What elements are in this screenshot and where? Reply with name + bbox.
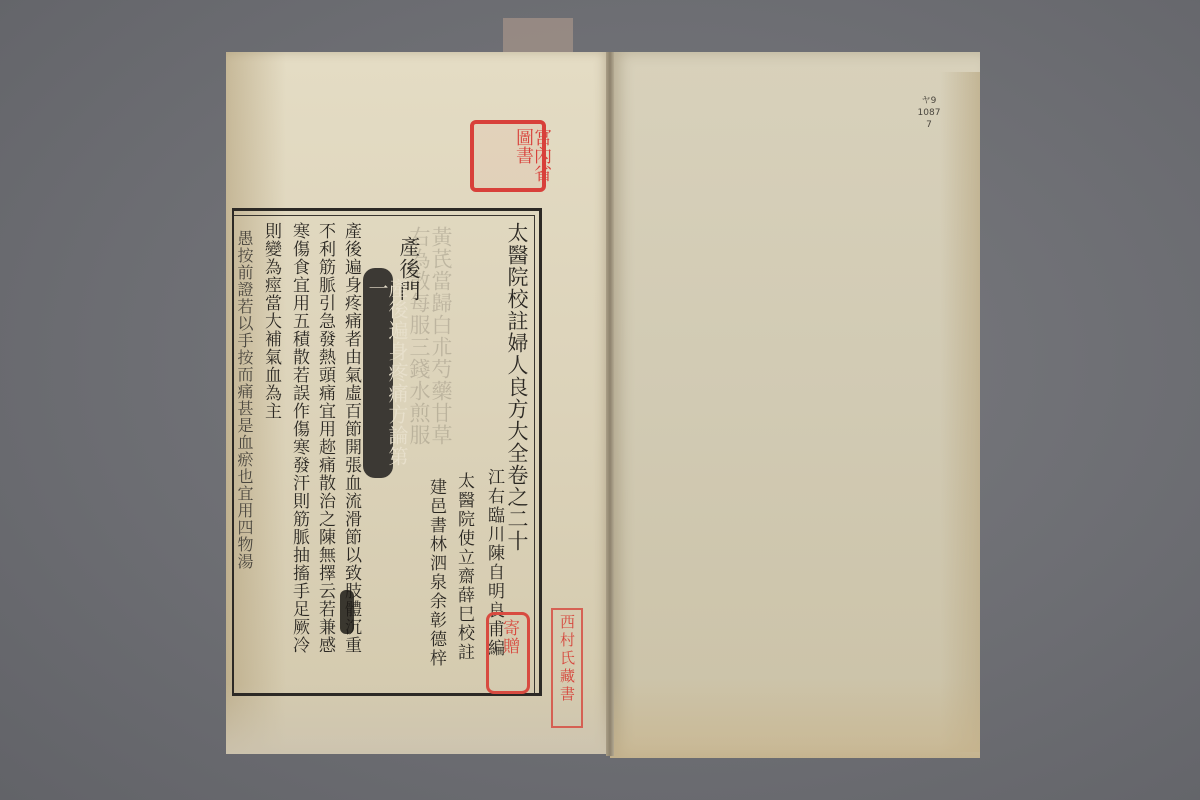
book-gutter xyxy=(606,52,614,756)
library-seal-square: 宮內省圖書 xyxy=(470,120,546,192)
shelfmark-line: ヤ9 xyxy=(917,95,941,107)
pencil-shelfmark: ヤ9 1087 7 xyxy=(917,95,941,131)
body-column-worn: 愚按前證若以手按而痛甚是血瘀也宜用四物湯 xyxy=(236,230,252,570)
donation-seal: 寄贈 xyxy=(486,612,530,694)
author-column: 太醫院使立齋薛巳校註 xyxy=(455,472,472,662)
shelfmark-line: 7 xyxy=(917,119,941,131)
title-column: 太醫院校註婦人良方大全卷之二十 xyxy=(506,222,527,552)
seal-text: 寄贈 xyxy=(500,619,517,655)
bleed-through-text: 黃芪當歸白朮芍藥甘草 xyxy=(430,226,451,446)
body-column: 不利筋脈引急發熱頭痛宜用趂痛散治之陳無擇云若兼感 xyxy=(316,222,333,654)
ink-smudge xyxy=(340,590,354,634)
chapter-heading: 產後遍身疼痛方論第一 xyxy=(367,278,407,478)
chapter-heading-box: 產後遍身疼痛方論第一 xyxy=(363,268,393,478)
page-foot-stain xyxy=(610,678,980,758)
body-column: 寒傷食宜用五積散若誤作傷寒發汗則筋脈抽搐手足厥冷 xyxy=(290,222,307,654)
seal-text: 西村氏藏書 xyxy=(559,614,574,704)
page-edge-wear xyxy=(940,72,980,752)
shelfmark-line: 1087 xyxy=(917,107,941,119)
collector-seal: 西村氏藏書 xyxy=(551,608,583,728)
seal-text: 宮內省圖書 xyxy=(514,128,550,188)
right-page xyxy=(610,52,980,758)
body-column: 則變為痙當大補氣血為主 xyxy=(262,222,279,420)
author-column: 建邑書林泗泉余彰德梓 xyxy=(427,478,444,668)
